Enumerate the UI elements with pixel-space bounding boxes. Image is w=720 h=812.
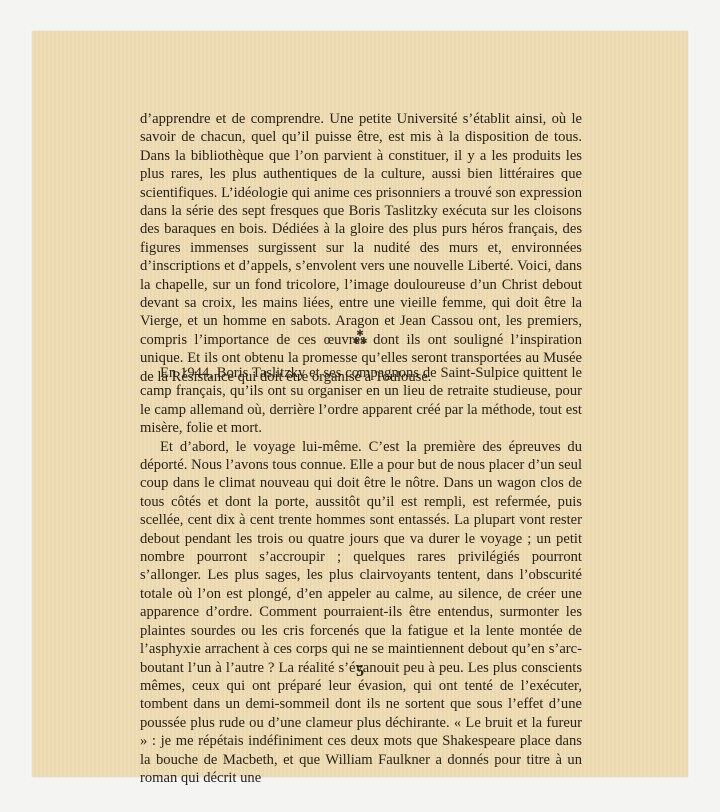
book-page: d’apprendre et de comprendre. Une petite… bbox=[32, 31, 688, 777]
ornament-bottom-stars: ✱✱ bbox=[340, 337, 380, 345]
asterism-ornament: ✱ ✱✱ bbox=[340, 329, 380, 353]
page-number: 5 bbox=[340, 663, 380, 681]
section-2: En 1944, Boris Taslitzky et ses compagno… bbox=[140, 364, 582, 787]
paragraph-voyage: Et d’abord, le voyage lui-même. C’est la… bbox=[140, 438, 582, 788]
paragraph-1944: En 1944, Boris Taslitzky et ses compagno… bbox=[140, 364, 582, 438]
